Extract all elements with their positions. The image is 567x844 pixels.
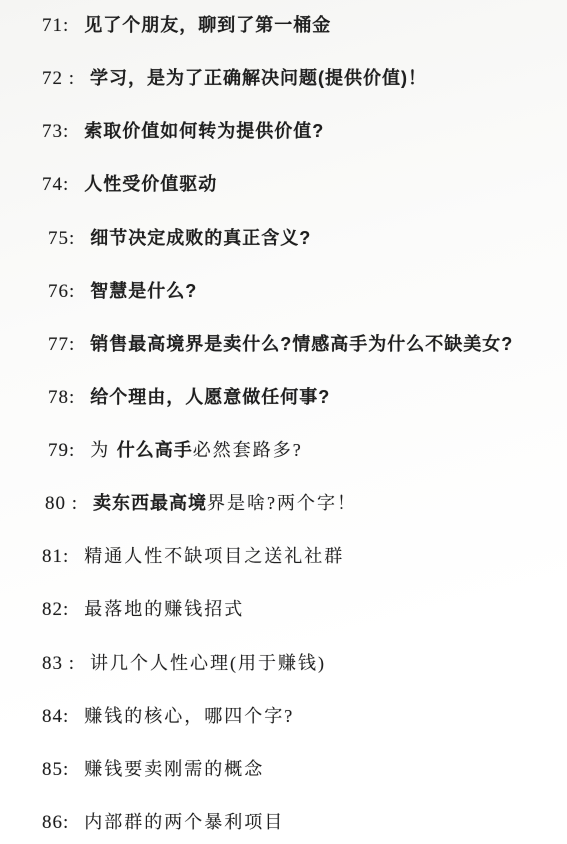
item-number: 81: xyxy=(42,546,69,568)
item-text: 智慧是什么? xyxy=(90,277,197,303)
item-text: 索取价值如何转为提供价值? xyxy=(84,117,324,143)
item-text: 内部群的两个暴利项目 xyxy=(84,808,284,834)
item-number: 74: xyxy=(42,174,69,196)
item-text: 人性受价值驱动 xyxy=(84,170,217,196)
item-text-segment: 细节决定成败的真正含义? xyxy=(90,228,311,248)
item-text: 给个理由，人愿意做任何事? xyxy=(90,383,330,409)
item-number: 76: xyxy=(48,281,75,303)
item-text-segment: 内部群的两个暴利项目 xyxy=(84,812,284,832)
item-text: 见了个朋友，聊到了第一桶金 xyxy=(84,11,331,37)
item-text-segment: 什么高手 xyxy=(117,440,193,460)
item-text: 卖东西最高境界是啥?两个字！ xyxy=(93,489,357,515)
list-item: 76: 智慧是什么? xyxy=(42,277,553,303)
page: 71: 见了个朋友，聊到了第一桶金 72 : 学习，是为了正确解决问题(提供价值… xyxy=(0,0,567,844)
list-item: 79: 为 什么高手必然套路多? xyxy=(42,436,553,462)
item-text-segment: 学习，是为了正确解决问题(提供价值)！ xyxy=(90,68,427,88)
item-number: 84: xyxy=(42,706,69,728)
list-item: 80 : 卖东西最高境界是啥?两个字！ xyxy=(42,489,553,515)
item-text-segment: 最落地的赚钱招式 xyxy=(84,599,244,619)
item-text: 细节决定成败的真正含义? xyxy=(90,224,311,250)
topic-list: 71: 见了个朋友，聊到了第一桶金 72 : 学习，是为了正确解决问题(提供价值… xyxy=(0,0,567,844)
item-text-segment: 赚钱要卖刚需的概念 xyxy=(84,759,264,779)
item-text-segment: 索取价值如何转为提供价值? xyxy=(84,121,324,141)
item-text-segment: 界是啥?两个字！ xyxy=(207,493,357,513)
item-number: 75: xyxy=(48,228,75,250)
item-number: 79: xyxy=(48,440,75,462)
item-text-segment: 智慧是什么? xyxy=(90,281,197,301)
item-text-segment: 卖东西最高境 xyxy=(93,493,207,513)
list-item: 77: 销售最高境界是卖什么?情感高手为什么不缺美女? xyxy=(42,330,553,356)
item-text: 赚钱的核心，哪四个字? xyxy=(84,702,294,728)
item-number: 78: xyxy=(48,387,75,409)
item-number: 77: xyxy=(48,334,75,356)
list-item: 72 : 学习，是为了正确解决问题(提供价值)！ xyxy=(42,64,553,90)
item-text-segment: 讲几个人性心理(用于赚钱) xyxy=(90,653,326,673)
item-number: 83 : xyxy=(42,653,75,675)
list-item: 84: 赚钱的核心，哪四个字? xyxy=(42,702,553,728)
item-number: 82: xyxy=(42,599,69,621)
item-number: 80 : xyxy=(45,493,78,515)
item-text: 精通人性不缺项目之送礼社群 xyxy=(84,542,344,568)
item-text-segment: 人性受价值驱动 xyxy=(84,174,217,194)
item-number: 73: xyxy=(42,121,69,143)
item-text-segment: 销售最高境界是卖什么?情感高手为什么不缺美女? xyxy=(90,334,513,354)
item-text: 最落地的赚钱招式 xyxy=(84,595,244,621)
list-item: 81: 精通人性不缺项目之送礼社群 xyxy=(42,542,553,568)
list-item: 73: 索取价值如何转为提供价值? xyxy=(42,117,553,143)
list-item: 71: 见了个朋友，聊到了第一桶金 xyxy=(42,11,553,37)
list-item: 85: 赚钱要卖刚需的概念 xyxy=(42,755,553,781)
item-text-segment: 精通人性不缺项目之送礼社群 xyxy=(84,546,344,566)
item-text: 销售最高境界是卖什么?情感高手为什么不缺美女? xyxy=(90,330,513,356)
item-text-segment: 见了个朋友，聊到了第一桶金 xyxy=(84,15,331,35)
item-text-segment: 为 xyxy=(90,440,117,460)
item-number: 85: xyxy=(42,759,69,781)
item-text-segment: 赚钱的核心，哪四个字? xyxy=(84,706,294,726)
item-text: 赚钱要卖刚需的概念 xyxy=(84,755,264,781)
item-text-segment: 必然套路多? xyxy=(193,440,303,460)
list-item: 74: 人性受价值驱动 xyxy=(42,170,553,196)
item-text-segment: 给个理由，人愿意做任何事? xyxy=(90,387,330,407)
item-text: 讲几个人性心理(用于赚钱) xyxy=(90,649,326,675)
list-item: 86: 内部群的两个暴利项目 xyxy=(42,808,553,834)
list-item: 82: 最落地的赚钱招式 xyxy=(42,595,553,621)
item-text: 学习，是为了正确解决问题(提供价值)！ xyxy=(90,64,427,90)
list-item: 75: 细节决定成败的真正含义? xyxy=(42,224,553,250)
item-number: 86: xyxy=(42,812,69,834)
list-item: 78: 给个理由，人愿意做任何事? xyxy=(42,383,553,409)
item-text: 为 什么高手必然套路多? xyxy=(90,436,303,462)
list-item: 83 : 讲几个人性心理(用于赚钱) xyxy=(42,649,553,675)
item-number: 72 : xyxy=(42,68,75,90)
item-number: 71: xyxy=(42,15,69,37)
